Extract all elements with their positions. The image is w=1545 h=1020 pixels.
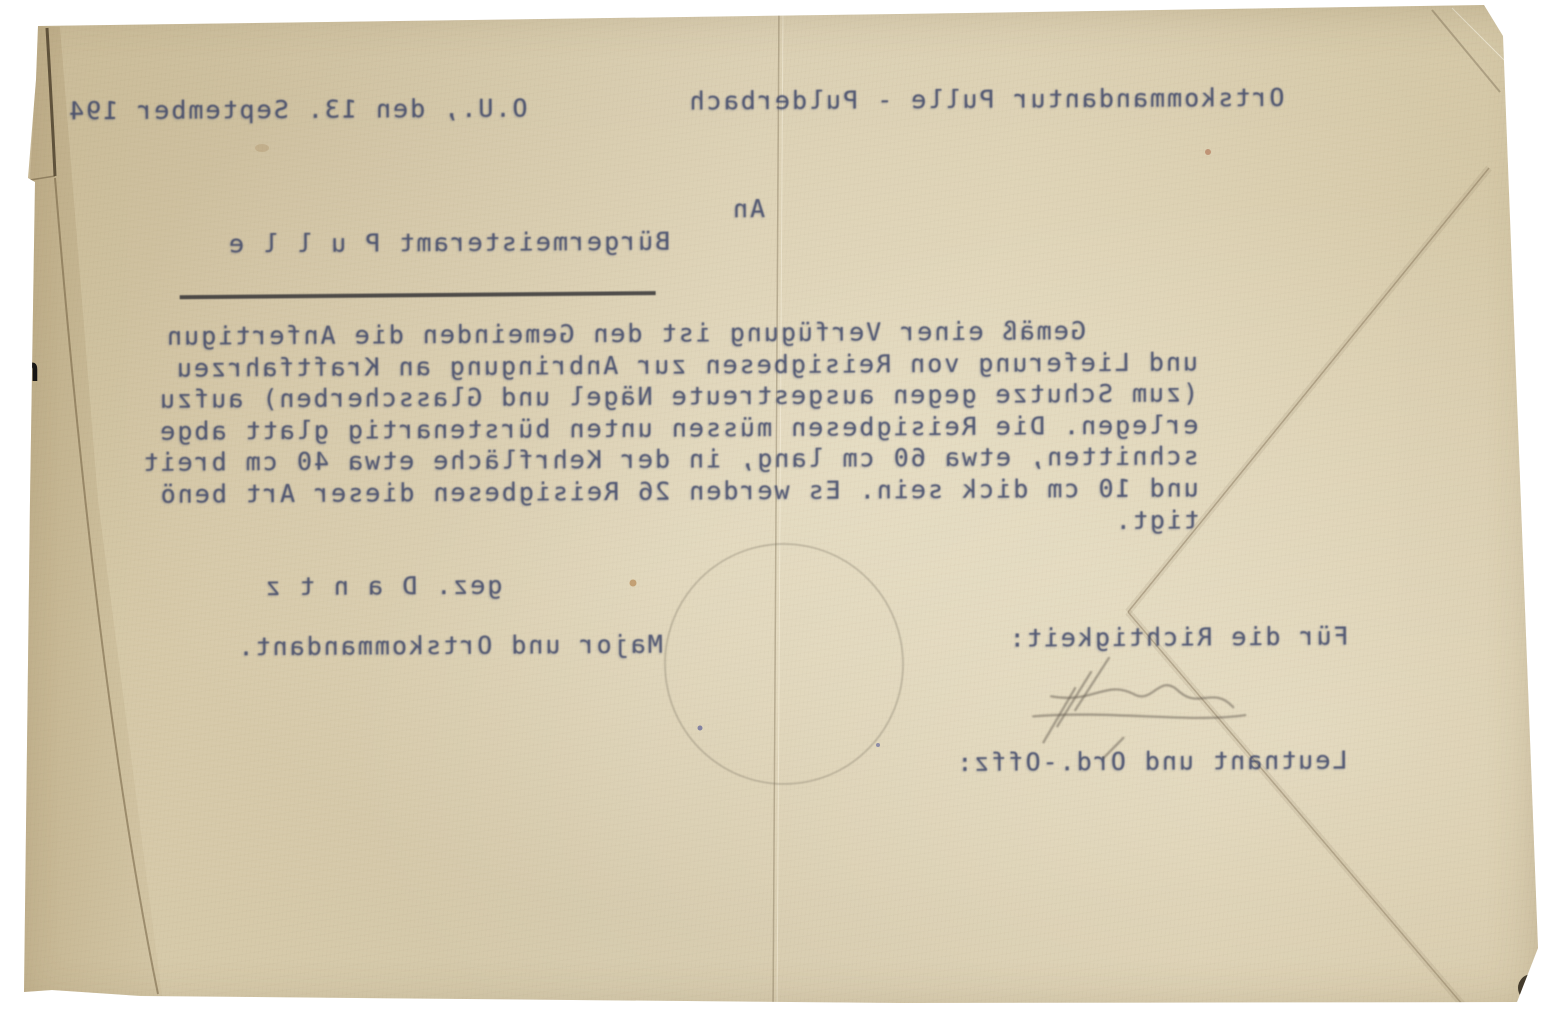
photo-of-document: Ortskommandantur Pulle - Pulderbach O.U.…: [0, 0, 1545, 1020]
edge-bleed-letter: n: [20, 350, 40, 389]
salutation-to: An: [731, 194, 765, 223]
certification-label: Für die Richtigkeit:: [1008, 621, 1349, 652]
body-line: und 10 cm dick sein. Es werden 26 Reisig…: [142, 472, 1199, 510]
addressee-line: Bürgermeisteramt P u l l e: [227, 227, 671, 259]
body-paragraph: Gemäß einer Verfügung ist den Gemeinden …: [141, 314, 1200, 542]
certifier-title: Leutnant und Ord.-Offz:: [955, 745, 1347, 776]
body-line: und Lieferung von Reisigbesen zur Anbrin…: [141, 346, 1198, 384]
round-stamp-outline: [658, 537, 910, 791]
paper-sheet: Ortskommandantur Pulle - Pulderbach O.U.…: [0, 0, 1545, 1020]
date-line: O.U., den 13. September 194: [67, 93, 528, 125]
addressee-underline: [180, 291, 656, 299]
handwritten-signature: [1016, 645, 1252, 761]
signer-title: Major und Ortskommandant.: [236, 630, 662, 662]
left-fold-strip: [0, 0, 180, 1020]
body-line: (zum Schutze gegen ausgestreute Nägel un…: [141, 378, 1198, 416]
crease-marks: [0, 0, 1545, 1020]
body-line: erlegen. Die Reisigbesen müssen unten bü…: [141, 409, 1198, 447]
signature-gez-line: gez. D a n t z: [264, 571, 503, 601]
letterhead: Ortskommandantur Pulle - Pulderbach: [688, 83, 1285, 116]
paper-texture: [0, 0, 1545, 1020]
body-line: Gemäß einer Verfügung ist den Gemeinden …: [141, 314, 1198, 352]
body-line: schnitten, etwa 60 cm lang, in der Kehrf…: [141, 441, 1198, 479]
body-line: tigt.: [142, 504, 1199, 542]
mirrored-text-layer: Ortskommandantur Pulle - Pulderbach O.U.…: [0, 0, 1545, 1020]
